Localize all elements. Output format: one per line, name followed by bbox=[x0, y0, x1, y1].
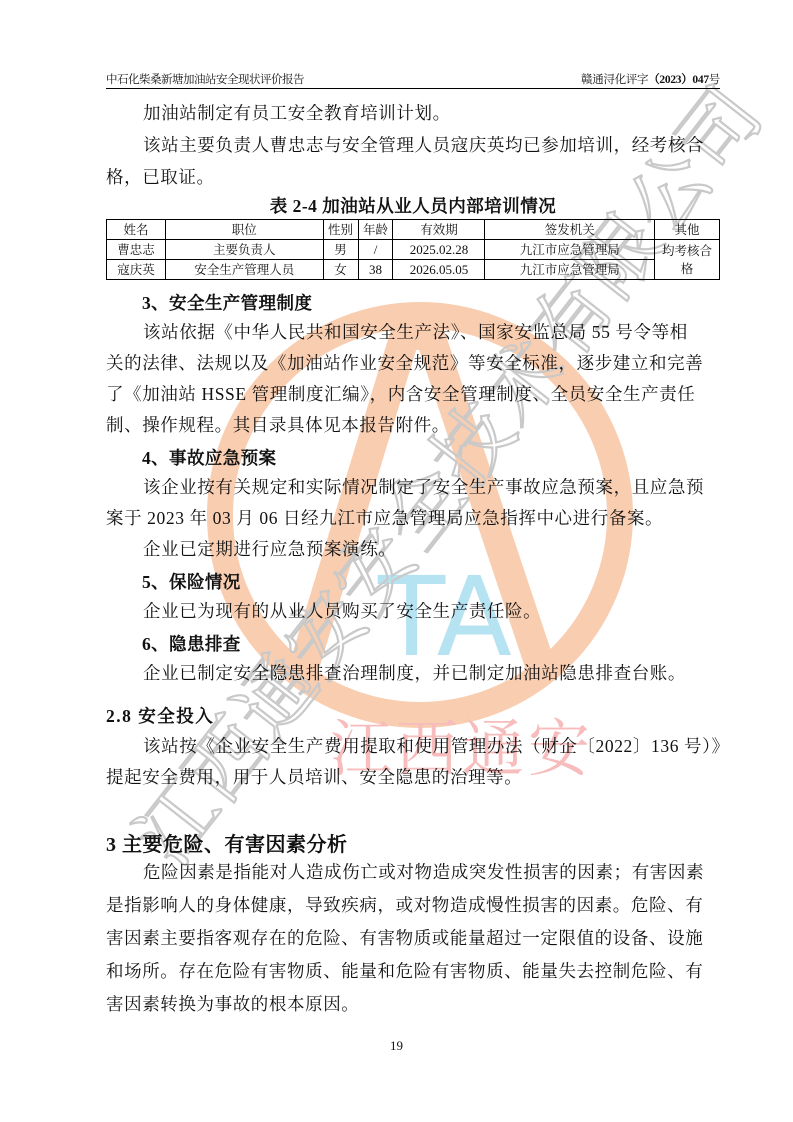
cell-validity: 2026.05.05 bbox=[393, 260, 485, 280]
cell-name: 曹忠志 bbox=[107, 240, 166, 260]
paragraph: 该站按《企业安全生产费用提取和使用管理办法（财企〔2022〕136 号）》 bbox=[106, 730, 720, 762]
cell-gender: 女 bbox=[323, 260, 358, 280]
paragraph: 加油站制定有员工安全教育培训计划。 bbox=[106, 97, 720, 129]
paragraph: 该站依据《中华人民共和国安全生产法》、国家安监总局 55 号令等相 bbox=[106, 316, 720, 348]
paragraph: 和场所。存在危险有害物质、能量和危险有害物质、能量失去控制危险、有 bbox=[106, 955, 720, 987]
cell-position: 安全生产管理人员 bbox=[165, 260, 323, 280]
paragraph: 企业已定期进行应急预案演练。 bbox=[106, 533, 720, 565]
paragraph: 提起安全费用，用于人员培训、安全隐患的治理等。 bbox=[106, 761, 720, 793]
paragraph: 制、操作规程。其目录具体见本报告附件。 bbox=[106, 409, 720, 441]
paragraph: 该企业按有关规定和实际情况制定了安全生产事故应急预案，且应急预 bbox=[106, 471, 720, 503]
table-row: 寇庆英 安全生产管理人员 女 38 2026.05.05 九江市应急管理局 bbox=[107, 260, 720, 280]
paragraph: 关的法律、法规以及《加油站作业安全规范》等安全标准，逐步建立和完善 bbox=[106, 347, 720, 379]
column-header: 其他 bbox=[655, 220, 720, 240]
cell-issuer: 九江市应急管理局 bbox=[485, 260, 655, 280]
cell-gender: 男 bbox=[323, 240, 358, 260]
page-number: 19 bbox=[0, 1038, 793, 1054]
paragraph: 企业已制定安全隐患排查治理制度，并已制定加油站隐患排查台账。 bbox=[106, 657, 720, 689]
cell-validity: 2025.02.28 bbox=[393, 240, 485, 260]
column-header: 性别 bbox=[323, 220, 358, 240]
document-page: TA 江西通安 江西通安安全技术有限公司 中石化柴桑新塘加油站安全现状评价报告 … bbox=[0, 0, 793, 1122]
paragraph: 该站主要负责人曹忠志与安全管理人员寇庆英均已参加培训，经考核合 bbox=[106, 129, 720, 161]
cell-position: 主要负责人 bbox=[165, 240, 323, 260]
paragraph: 案于 2023 年 03 月 06 日经九江市应急管理局应急指挥中心进行备案。 bbox=[106, 502, 720, 534]
column-header: 姓名 bbox=[107, 220, 166, 240]
cell-age: / bbox=[358, 240, 393, 260]
table-row: 曹忠志 主要负责人 男 / 2025.02.28 九江市应急管理局 均考核合格 bbox=[107, 240, 720, 260]
column-header: 签发机关 bbox=[485, 220, 655, 240]
chapter-heading: 3 主要危险、有害因素分析 bbox=[106, 828, 348, 857]
cell-name: 寇庆英 bbox=[107, 260, 166, 280]
paragraph: 是指影响人的身体健康，导致疾病，或对物造成慢性损害的因素。危险、有 bbox=[106, 889, 720, 921]
subsection-heading: 5、保险情况 bbox=[142, 569, 241, 594]
cell-age: 38 bbox=[358, 260, 393, 280]
paragraph: 格，已取证。 bbox=[106, 161, 720, 193]
paragraph: 危险因素是指能对人造成伤亡或对物造成突发性损害的因素；有害因素 bbox=[106, 856, 720, 888]
paragraph: 了《加油站 HSSE 管理制度汇编》，内含安全管理制度、全员安全生产责任 bbox=[106, 378, 720, 410]
subsection-heading: 6、隐患排查 bbox=[142, 631, 241, 656]
report-title: 中石化柴桑新塘加油站安全现状评价报告 bbox=[106, 71, 304, 87]
cell-issuer: 九江市应急管理局 bbox=[485, 240, 655, 260]
report-number: 赣通浔化评字（2023）047号 bbox=[581, 71, 720, 87]
subsection-heading: 4、事故应急预案 bbox=[142, 445, 276, 470]
training-table: 姓名 职位 性别 年龄 有效期 签发机关 其他 曹忠志 主要负责人 男 / 20… bbox=[106, 219, 720, 280]
column-header: 有效期 bbox=[393, 220, 485, 240]
paragraph: 企业已为现有的从业人员购买了安全生产责任险。 bbox=[106, 595, 720, 627]
subsection-heading: 3、安全生产管理制度 bbox=[142, 290, 312, 315]
cell-other: 均考核合格 bbox=[655, 240, 720, 280]
column-header: 职位 bbox=[165, 220, 323, 240]
column-header: 年龄 bbox=[358, 220, 393, 240]
table-caption: 表 2-4 加油站从业人员内部培训情况 bbox=[106, 193, 720, 218]
paragraph: 害因素转换为事故的根本原因。 bbox=[106, 988, 720, 1020]
paragraph: 害因素主要指客观存在的危险、有害物质或能量超过一定限值的设备、设施 bbox=[106, 922, 720, 954]
page-header: 中石化柴桑新塘加油站安全现状评价报告 赣通浔化评字（2023）047号 bbox=[106, 70, 720, 89]
section-heading: 2.8 安全投入 bbox=[106, 703, 214, 728]
table-header-row: 姓名 职位 性别 年龄 有效期 签发机关 其他 bbox=[107, 220, 720, 240]
